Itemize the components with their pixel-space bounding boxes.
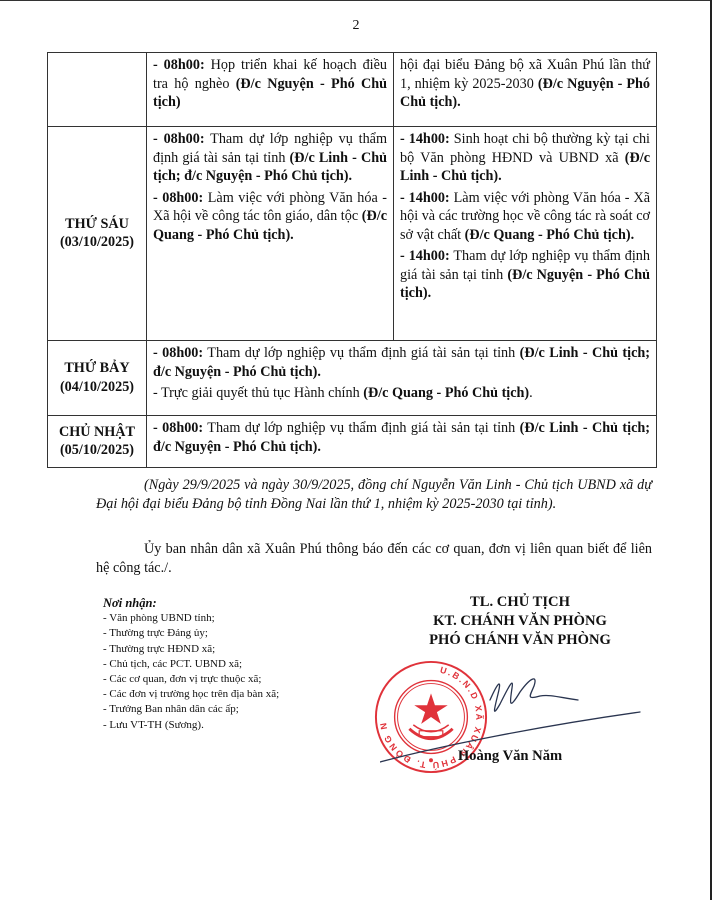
recipient-item: - Các cơ quan, đơn vị trực thuộc xã; [103, 672, 279, 687]
schedule-entry: - 08h00: Tham dự lớp nghiệp vụ thẩm định… [153, 130, 387, 186]
entry-time: - 14h00: [400, 190, 450, 206]
schedule-row: CHỦ NHẬT(05/10/2025)- 08h00: Tham dự lớp… [48, 416, 657, 468]
day-cell: THỨ BẢY(04/10/2025) [48, 341, 147, 416]
page-frame-top [0, 0, 712, 1]
entry-time: - 08h00: [153, 190, 203, 206]
day-name: THỨ SÁU [54, 215, 140, 234]
schedule-row: THỨ BẢY(04/10/2025)- 08h00: Tham dự lớp … [48, 341, 657, 416]
day-date: (03/10/2025) [54, 233, 140, 252]
schedule-entry: - 08h00: Làm việc với phòng Văn hóa - Xã… [153, 189, 387, 245]
entry-time: - 08h00: [153, 57, 205, 73]
schedule-entry: - 08h00: Tham dự lớp nghiệp vụ thẩm định… [153, 344, 650, 381]
notice-paragraph: Ủy ban nhân dân xã Xuân Phú thông báo đế… [96, 540, 652, 578]
entry-text: - Trực giải quyết thủ tục Hành chính [153, 385, 363, 401]
entry-text: Tham dự lớp nghiệp vụ thẩm định giá tài … [203, 420, 520, 436]
schedule-entry: - 14h00: Tham dự lớp nghiệp vụ thẩm định… [400, 247, 650, 303]
page-number: 2 [0, 18, 712, 34]
entry-time: - 08h00: [153, 131, 205, 147]
day-date: (05/10/2025) [54, 441, 140, 460]
entry-time: - 14h00: [400, 131, 450, 147]
schedule-entry: - 14h00: Sinh hoạt chi bộ thường kỳ tại … [400, 130, 650, 186]
schedule-row: THỨ SÁU(03/10/2025)- 08h00: Tham dự lớp … [48, 127, 657, 341]
day-cell: CHỦ NHẬT(05/10/2025) [48, 416, 147, 468]
recipients-list: - Văn phòng UBND tỉnh;- Thường trực Đảng… [103, 611, 279, 733]
signature-line-3: PHÓ CHÁNH VĂN PHÒNG [380, 631, 660, 650]
afternoon-cell: - 14h00: Sinh hoạt chi bộ thường kỳ tại … [394, 127, 657, 341]
signature-line-2: KT. CHÁNH VĂN PHÒNG [380, 612, 660, 631]
recipients-title: Nơi nhận: [103, 596, 279, 611]
entry-time: - 14h00: [400, 248, 450, 264]
full-day-cell: - 08h00: Tham dự lớp nghiệp vụ thẩm định… [147, 416, 657, 468]
recipient-item: - Thường trực HĐND xã; [103, 642, 279, 657]
entry-text: Tham dự lớp nghiệp vụ thẩm định giá tài … [203, 345, 520, 361]
entry-tail: . [529, 385, 533, 401]
signature-block: TL. CHỦ TỊCH KT. CHÁNH VĂN PHÒNG PHÓ CHÁ… [380, 593, 660, 650]
recipient-item: - Lưu VT-TH (Sương). [103, 718, 279, 733]
recipient-item: - Trưởng Ban nhân dân các ấp; [103, 702, 279, 717]
signer-name: Hoàng Văn Năm [430, 748, 590, 765]
recipient-item: - Văn phòng UBND tỉnh; [103, 611, 279, 626]
day-name: THỨ BẢY [54, 359, 140, 378]
entry-assignee: (Đ/c Quang - Phó Chủ tịch). [465, 227, 634, 243]
morning-cell: - 08h00: Tham dự lớp nghiệp vụ thẩm định… [147, 127, 394, 341]
schedule-entry: - 14h00: Làm việc với phòng Văn hóa - Xã… [400, 189, 650, 245]
recipient-item: - Thường trực Đảng ủy; [103, 626, 279, 641]
signature-line-1: TL. CHỦ TỊCH [380, 593, 660, 612]
recipient-item: - Các đơn vị trường học trên địa bàn xã; [103, 687, 279, 702]
entry-time: - 08h00: [153, 345, 203, 361]
schedule-entry: - Trực giải quyết thủ tục Hành chính (Đ/… [153, 384, 650, 403]
schedule-row: - 08h00: Họp triển khai kế hoạch điều tr… [48, 53, 657, 127]
attendance-note: (Ngày 29/9/2025 và ngày 30/9/2025, đồng … [96, 476, 652, 514]
day-date: (04/10/2025) [54, 378, 140, 397]
entry-time: - 08h00: [153, 420, 203, 436]
day-cell: THỨ SÁU(03/10/2025) [48, 127, 147, 341]
afternoon-cell: hội đại biểu Đảng bộ xã Xuân Phú lần thứ… [394, 53, 657, 127]
full-day-cell: - 08h00: Tham dự lớp nghiệp vụ thẩm định… [147, 341, 657, 416]
schedule-entry: - 08h00: Họp triển khai kế hoạch điều tr… [153, 56, 387, 112]
recipients-block: Nơi nhận: - Văn phòng UBND tỉnh;- Thường… [103, 596, 279, 733]
schedule-entry: - 08h00: Tham dự lớp nghiệp vụ thẩm định… [153, 419, 650, 456]
entry-assignee: (Đ/c Quang - Phó Chủ tịch) [363, 385, 529, 401]
recipient-item: - Chủ tịch, các PCT. UBND xã; [103, 657, 279, 672]
day-name: CHỦ NHẬT [54, 423, 140, 442]
schedule-entry: hội đại biểu Đảng bộ xã Xuân Phú lần thứ… [400, 56, 650, 112]
morning-cell: - 08h00: Họp triển khai kế hoạch điều tr… [147, 53, 394, 127]
schedule-table: - 08h00: Họp triển khai kế hoạch điều tr… [47, 52, 657, 468]
day-cell [48, 53, 147, 127]
